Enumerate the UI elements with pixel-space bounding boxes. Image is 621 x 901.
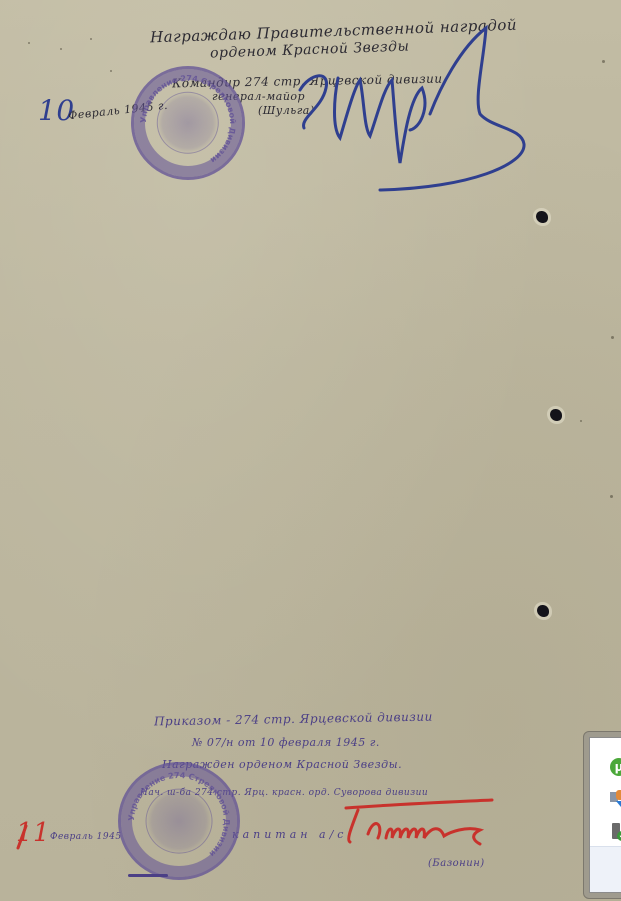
ink-stroke: [128, 874, 168, 877]
network-share-icon[interactable]: [610, 790, 621, 808]
order-line-2: № 07/н от 10 февраля 1945 г.: [192, 736, 380, 749]
commander-signature: [260, 18, 540, 198]
safely-remove-usb-icon[interactable]: ✓: [610, 823, 621, 841]
system-tray-popup: µ ✓: [583, 731, 621, 899]
order-line-1: Приказом - 274 стр. Ярцевской дивизии: [154, 710, 433, 729]
paper-speck: [611, 336, 614, 339]
red-date-mark: [14, 822, 34, 852]
paper-speck: [580, 420, 582, 422]
rank-captain: капитан а/с: [232, 828, 347, 841]
punch-hole: [550, 409, 562, 421]
svg-text:Управление 274 Стрелковой Диви: Управление 274 Стрелковой Дивизии: [139, 74, 237, 165]
utorrent-icon[interactable]: µ: [610, 758, 621, 776]
paper-speck: [610, 495, 613, 498]
stamp-ring-text: Управление 274 Стрелковой Дивизии: [134, 69, 242, 177]
punch-hole: [536, 211, 548, 223]
tray-popup-body: µ ✓: [589, 737, 621, 893]
signer-name: (Базонин): [428, 858, 485, 869]
division-stamp-top: Управление 274 Стрелковой Дивизии: [131, 66, 245, 180]
division-stamp-bottom: Управление 274 Стрелковой Дивизии: [118, 762, 240, 880]
punch-hole: [537, 605, 549, 617]
captain-signature: [340, 796, 500, 856]
paper-speck: [28, 42, 30, 44]
paper-speck: [60, 48, 62, 50]
svg-text:Управление 274 Стрелковой Диви: Управление 274 Стрелковой Дивизии: [127, 771, 231, 858]
scanned-document-page: Награждаю Правительственной наградой орд…: [0, 0, 621, 901]
tray-popup-footer: [590, 846, 621, 892]
paper-speck: [90, 38, 92, 40]
bottom-date: Февраль 1945: [50, 832, 122, 842]
paper-speck: [110, 70, 112, 72]
stamp-ring-text: Управление 274 Стрелковой Дивизии: [121, 765, 237, 877]
paper-speck: [602, 60, 605, 63]
